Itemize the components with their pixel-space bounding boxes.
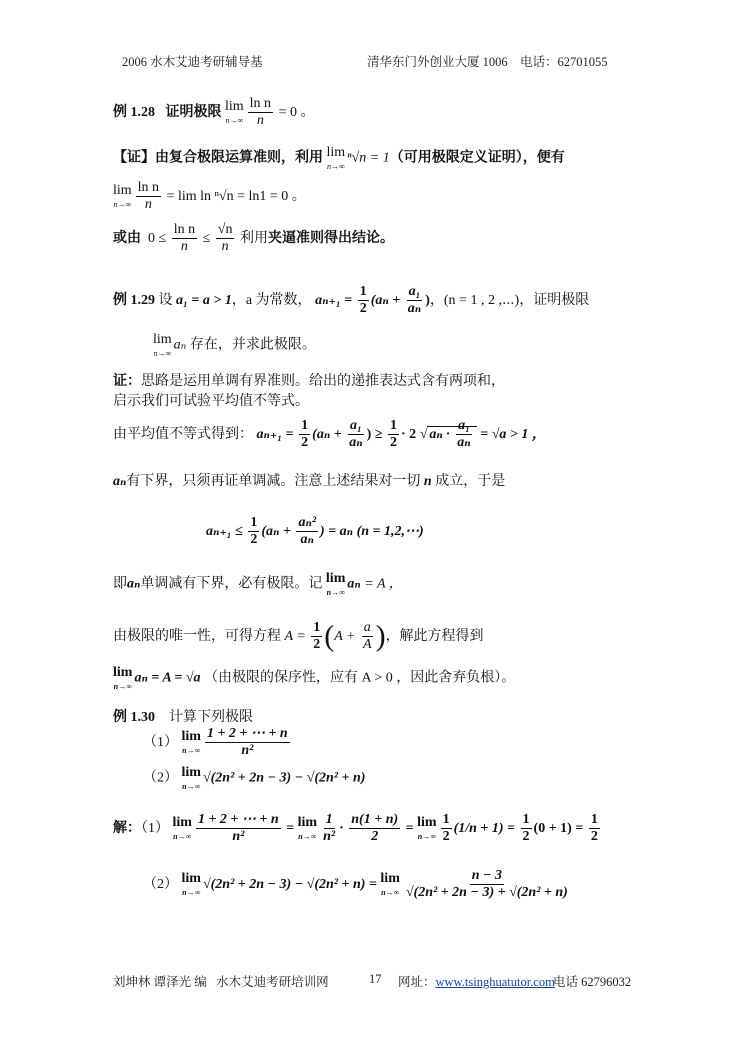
proof-1-28-line3: 或由 0 ≤ ln nn ≤ √nn 利用夹逼准则得出结论。 (113, 222, 394, 255)
header-address: 清华东门外创业大厦 1006 (367, 52, 508, 70)
solution-2: （2） limn→∞√(2n² + 2n − 3) − √(2n² + n) =… (143, 868, 572, 901)
monotone-inequality: aₙ₊₁ ≤ 12(aₙ + aₙ²aₙ) = aₙ (n = 1,2,⋯) (206, 515, 424, 548)
limit-result: limn→∞aₙ = A = √a （由极限的保序性，应有 A > 0 ，因此舍… (113, 666, 515, 691)
problem-1: （1） limn→∞1 + 2 + ⋯ + nn² (143, 726, 292, 759)
footer-site: 网址：www.tsinghuatutor.com (398, 972, 555, 990)
example-1-30-heading: 例 1.30 计算下列极限 (113, 706, 253, 726)
proof-1-28-line2: limn→∞ln nn = lim ln ⁿ√n = ln1 = 0 。 (113, 180, 306, 213)
example-1-29-line2: limn→∞aₙ 存在，并求此极限。 (153, 333, 316, 358)
proof-1-29-line1: 证：思路是运用单调有界准则。给出的递推表达式含有两项和， (113, 370, 505, 390)
site-link[interactable]: www.tsinghuatutor.com (436, 975, 555, 989)
solution-1: 解：（1） limn→∞1 + 2 + ⋯ + nn² = limn→∞1n²·… (113, 812, 602, 845)
proof-1-29-line2: 启示我们可试验平均值不等式。 (113, 390, 309, 410)
footer-phone: 电话 62796032 (553, 972, 631, 990)
header-phone: 电话：62701055 (520, 52, 608, 70)
example-label: 例 1.30 (113, 710, 155, 725)
footer-authors: 刘坤林 谭泽光 编 水木艾迪考研培训网 (113, 972, 329, 990)
example-1-28-heading: 例 1.28 证明极限 limn→∞ln nn = 0 。 (113, 96, 314, 129)
mean-inequality: 由平均值不等式得到： aₙ₊₁ = 12(aₙ + a₁aₙ) ≥ 12· 2 … (113, 418, 546, 451)
header-left: 2006 水木艾迪考研辅导基 (122, 52, 263, 70)
fraction: ln nn (248, 96, 273, 129)
page-number: 17 (369, 972, 382, 987)
example-label: 例 1.28 (113, 105, 155, 120)
example-1-29-heading: 例 1.29 设 a₁ = a > 1，a 为常数， aₙ₊₁ = 12(aₙ … (113, 284, 589, 317)
proof-1-28-line1: 【证】由复合极限运算准则，利用 limn→∞ⁿ√n = 1（可用极限定义证明），… (113, 146, 565, 171)
monotone-conclusion: 即aₙ单调减有下界，必有极限。记 limn→∞aₙ = A ， (113, 572, 403, 597)
lim-operator: limn→∞ (225, 100, 244, 125)
lower-bound-text: aₙ有下界，只须再证单调减。注意上述结果对一切 n 成立，于是 (113, 470, 505, 490)
example-title: 证明极限 (166, 105, 222, 120)
uniqueness-equation: 由极限的唯一性，可得方程 A = 12(A + aA)，解此方程得到 (113, 620, 484, 653)
problem-2: （2） limn→∞√(2n² + 2n − 3) − √(2n² + n) (143, 766, 365, 791)
example-label: 例 1.29 (113, 293, 155, 308)
